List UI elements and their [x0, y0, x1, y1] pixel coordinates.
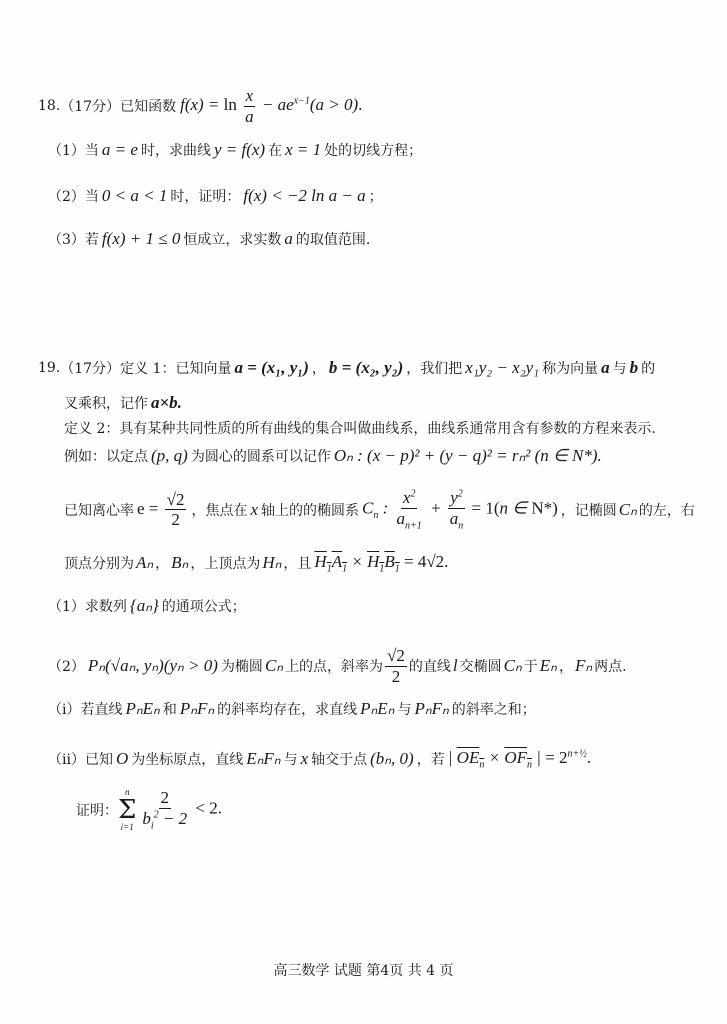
text: 于	[524, 656, 538, 676]
math: b	[630, 358, 639, 378]
math: PₙEₙ	[125, 699, 159, 719]
text: 为圆心的圆系可以记作	[191, 446, 331, 466]
text: ，我们把	[406, 358, 462, 378]
math: Eₙ	[540, 656, 557, 676]
text: 当	[85, 140, 99, 160]
math: {aₙ}	[130, 596, 159, 616]
math: Cₙ	[265, 656, 283, 676]
ellipse-equation: Cn : x2an+1 + y2an = 1(n ∈ N*)	[362, 488, 558, 531]
text: 交椭圆	[460, 656, 502, 676]
text: 已知	[85, 749, 113, 769]
vector-a: a = (x₁, y₁)	[234, 358, 308, 378]
math: a	[601, 358, 610, 378]
q18-stem: 18. （17分） 已知函数 f(x) = ln xa − aex−1(a > …	[38, 86, 362, 126]
text: 与	[397, 699, 411, 719]
q19-def2: 定义 2：具有某种共同性质的所有曲线的集合叫做曲线系，曲线系通常用含有参数的方程…	[64, 418, 656, 438]
math: a×b.	[151, 393, 182, 413]
math: x	[250, 500, 258, 520]
text: 的	[641, 358, 655, 378]
text: 的直线	[409, 656, 451, 676]
q18-function: f(x) = ln xa − aex−1(a > 0).	[180, 86, 362, 126]
math: x₁y₂ − x₂y₁	[465, 358, 539, 378]
text: 在	[268, 140, 282, 160]
eccentricity: e = √22	[137, 490, 188, 530]
proof-label: 证明：	[76, 800, 118, 820]
text: 时，求曲线	[141, 140, 211, 160]
math: (p, q)	[151, 446, 188, 466]
slope-fraction: √22	[383, 646, 409, 686]
text: 恒成立，求实数	[183, 229, 281, 249]
text: 若直线	[80, 699, 122, 719]
q19-points: （17分）	[60, 358, 120, 378]
part-label: （i）	[48, 699, 80, 719]
text: ，	[155, 553, 169, 573]
math: Pₙ(√aₙ, yₙ)(yₙ > 0)	[88, 656, 218, 676]
text: 轴交于点	[311, 749, 367, 769]
q19-proof: 证明： nΣi=1 2bi2 − 2 < 2.	[76, 788, 222, 832]
vector-condition: H1A1 × H1B1 = 4√2.	[314, 552, 448, 574]
text: 定义 1：已知向量	[120, 358, 231, 378]
math: x	[301, 749, 309, 769]
page-footer: 高三数学 试题 第4页 共 4 页	[0, 960, 727, 980]
text: 的取值范围.	[296, 229, 370, 249]
text: 例如：以定点	[64, 446, 148, 466]
math: (bₙ, 0)	[370, 749, 414, 769]
part-label: （ii）	[48, 749, 85, 769]
text: 称为向量	[542, 358, 598, 378]
math: Oₙ : (x − p)² + (y − q)² = rₙ² (n ∈ N*).	[334, 446, 602, 466]
text: 和	[163, 699, 177, 719]
text: ，	[559, 656, 573, 676]
text: 的通项公式；	[162, 596, 246, 616]
part-label: （2）	[48, 186, 85, 206]
math: Hₙ	[262, 553, 281, 573]
summation-symbol: nΣi=1	[118, 788, 136, 832]
text: ，且	[283, 553, 311, 573]
text: 与	[284, 749, 298, 769]
part-label: （3）	[48, 229, 85, 249]
text: 为坐标原点，直线	[131, 749, 243, 769]
vector-b: b = (x₂, y₂)	[329, 358, 403, 378]
text: 处的切线方程；	[324, 140, 422, 160]
text: ，记椭圆	[561, 500, 617, 520]
text: 轴上的的椭圆系	[261, 500, 359, 520]
math: PₙFₙ	[180, 699, 214, 719]
q18-part1: （1） 当 a = e 时，求曲线 y = f(x) 在 x = 1 处的切线方…	[48, 140, 422, 160]
math: 0 < a < 1	[102, 186, 167, 206]
q19-vertices: 顶点分别为 Aₙ ， Bₙ ，上顶点为 Hₙ ，且 H1A1 × H1B1 = …	[64, 552, 448, 574]
math: f(x) < −2 ln a − a	[243, 186, 365, 206]
text: 叉乘积，记作	[64, 393, 148, 413]
text: 两点.	[594, 656, 626, 676]
text: ，上顶点为	[190, 553, 260, 573]
text: ，焦点在	[191, 500, 247, 520]
q19-example: 例如：以定点 (p, q) 为圆心的圆系可以记作 Oₙ : (x − p)² +…	[64, 446, 602, 466]
math: O	[116, 749, 128, 769]
part-label: （2）	[48, 656, 85, 676]
text: ，若	[417, 749, 445, 769]
math: Cₙ	[504, 656, 522, 676]
q18-number: 18.	[38, 98, 60, 114]
q18-intro: 已知函数	[120, 96, 176, 116]
q19-part-i: （i） 若直线 PₙEₙ 和 PₙFₙ 的斜率均存在，求直线 PₙEₙ 与 Pₙ…	[48, 699, 536, 719]
q19-given: 已知离心率 e = √22 ，焦点在 x 轴上的的椭圆系 Cn : x2an+1…	[64, 488, 695, 531]
text: 为椭圆	[221, 656, 263, 676]
text: ；	[369, 186, 383, 206]
math: PₙFₙ	[414, 699, 448, 719]
text: 求数列	[85, 596, 127, 616]
text: 定义 2：具有某种共同性质的所有曲线的集合叫做曲线系，曲线系通常用含有参数的方程…	[64, 418, 656, 438]
q18-points: （17分）	[60, 96, 120, 116]
q19-part1: （1） 求数列 {aₙ} 的通项公式；	[48, 596, 246, 616]
math: Cₙ	[619, 500, 637, 520]
math: a	[284, 229, 293, 249]
cross-product-condition: | OEn × OFn | = 2n+½.	[448, 748, 591, 770]
math: l	[453, 656, 458, 676]
math: x = 1	[285, 140, 321, 160]
q19-part-ii: （ii） 已知 O 为坐标原点，直线 EₙFₙ 与 x 轴交于点 (bₙ, 0)…	[48, 748, 591, 770]
q18-part3: （3） 若 f(x) + 1 ≤ 0 恒成立，求实数 a 的取值范围.	[48, 229, 370, 249]
q19-def1: 19. （17分） 定义 1：已知向量 a = (x₁, y₁) ， b = (…	[38, 358, 655, 378]
text: 若	[85, 229, 99, 249]
math: Fₙ	[575, 656, 592, 676]
q19-number: 19.	[38, 360, 60, 376]
q19-def1-line2: 叉乘积，记作 a×b.	[64, 393, 182, 413]
part-label: （1）	[48, 596, 85, 616]
part-label: （1）	[48, 140, 85, 160]
text: 上的点，斜率为	[285, 656, 383, 676]
text: 的斜率之和；	[452, 699, 536, 719]
q19-part2: （2） Pₙ(√aₙ, yₙ)(yₙ > 0) 为椭圆 Cₙ 上的点，斜率为 √…	[48, 646, 627, 686]
text: 的斜率均存在，求直线	[217, 699, 357, 719]
q18-part2: （2） 当 0 < a < 1 时，证明： f(x) < −2 ln a − a…	[48, 186, 383, 206]
text: 的左，右	[639, 500, 695, 520]
text: 当	[85, 186, 99, 206]
math: PₙEₙ	[360, 699, 394, 719]
math: EₙFₙ	[246, 749, 280, 769]
math: a = e	[102, 140, 138, 160]
text: ，	[312, 358, 326, 378]
text: 已知离心率	[64, 500, 134, 520]
math: Bₙ	[171, 553, 188, 573]
math: f(x) + 1 ≤ 0	[102, 229, 180, 249]
summand: 2bi2 − 2 < 2.	[138, 788, 222, 831]
text: 与	[613, 358, 627, 378]
math: y = f(x)	[214, 140, 265, 160]
math: Aₙ	[136, 553, 153, 573]
text: 时，证明：	[170, 186, 240, 206]
text: 顶点分别为	[64, 553, 134, 573]
